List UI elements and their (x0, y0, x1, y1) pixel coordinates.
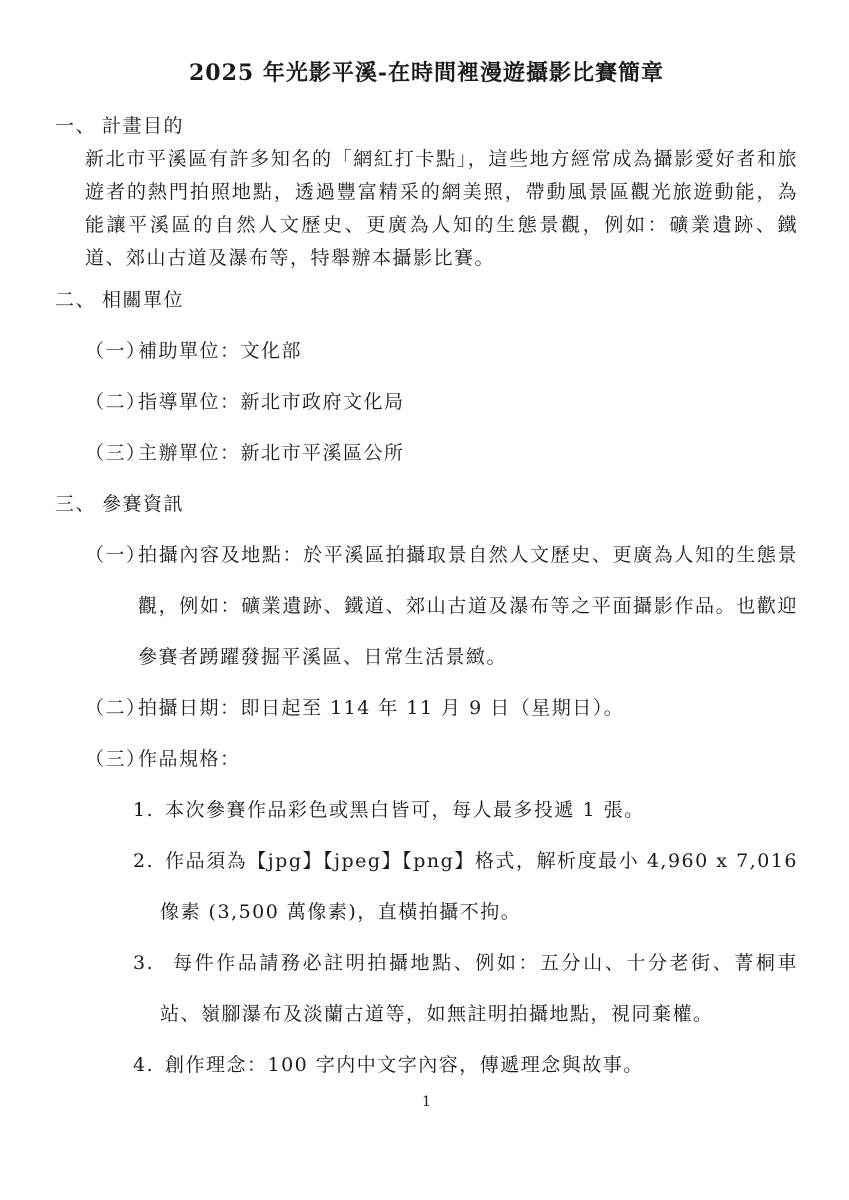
spec-item-location: 3.每件作品請務必註明拍攝地點、例如：五分山、十分老街、菁桐車站、嶺腳瀑布及淡蘭… (133, 938, 798, 1040)
section-3-title: 參賽資訊 (102, 493, 184, 515)
list-item-shooting-content: （一）拍攝內容及地點：於平溪區拍攝取景自然人文歷史、更廣為人知的生態景觀，例如：… (85, 530, 798, 683)
list-item-number: （三） (85, 428, 138, 479)
list-item-guidance-unit: （二）指導單位：新北市政府文化局 (85, 377, 798, 428)
section-1-heading: 一、計畫目的 (55, 110, 798, 143)
spec-item-text: 創作理念：100 字内中文字內容，傳遞理念與故事。 (165, 1054, 644, 1076)
section-2-title: 相關單位 (102, 289, 184, 311)
spec-item-number: 1. (133, 785, 165, 836)
document-title: 2025 年光影平溪-在時間裡漫遊攝影比賽簡章 (55, 56, 798, 90)
list-item-work-specs: （三）作品規格： (85, 734, 798, 785)
list-item-text: 拍攝日期：即日起至 114 年 11 月 9 日（星期日）。 (138, 697, 624, 719)
page-number: 1 (55, 1093, 798, 1111)
spec-item-color: 1.本次參賽作品彩色或黑白皆可，每人最多投遞 1 張。 (133, 785, 798, 836)
section-1-number: 一、 (55, 110, 102, 143)
list-item-number: （二） (85, 377, 138, 428)
list-item-text: 主辦單位：新北市平溪區公所 (138, 442, 405, 464)
section-2-heading: 二、相關單位 (55, 275, 798, 326)
spec-item-text: 每件作品請務必註明拍攝地點、例如：五分山、十分老街、菁桐車站、嶺腳瀑布及淡蘭古道… (160, 952, 798, 1025)
spec-item-number: 2. (133, 836, 165, 887)
spec-item-text: 本次參賽作品彩色或黑白皆可，每人最多投遞 1 張。 (165, 799, 645, 821)
list-item-organizer-unit: （三）主辦單位：新北市平溪區公所 (85, 428, 798, 479)
list-item-number: （一） (85, 530, 138, 581)
section-3-number: 三、 (55, 479, 102, 530)
section-1-title: 計畫目的 (102, 115, 184, 137)
list-item-number: （二） (85, 683, 138, 734)
list-item-number: （三） (85, 734, 138, 785)
list-item-text: 拍攝內容及地點：於平溪區拍攝取景自然人文歷史、更廣為人知的生態景觀，例如：礦業遺… (138, 544, 798, 668)
section-3-heading: 三、參賽資訊 (55, 479, 798, 530)
document-page: 2025 年光影平溪-在時間裡漫遊攝影比賽簡章 一、計畫目的 新北市平溪區有許多… (0, 0, 849, 1200)
spec-item-number: 3. (133, 938, 172, 989)
list-item-text: 作品規格： (138, 748, 241, 770)
section-1-paragraph: 新北市平溪區有許多知名的「網紅打卡點」，這些地方經常成為攝影愛好者和旅遊者的熱門… (85, 143, 798, 275)
spec-item-number: 4. (133, 1040, 165, 1091)
list-item-shooting-date: （二）拍攝日期：即日起至 114 年 11 月 9 日（星期日）。 (85, 683, 798, 734)
spec-item-format: 2.作品須為【jpg】【jpeg】【png】格式，解析度最小 4,960 x 7… (133, 836, 798, 938)
spec-item-text: 作品須為【jpg】【jpeg】【png】格式，解析度最小 4,960 x 7,0… (160, 850, 798, 923)
list-item-text: 指導單位：新北市政府文化局 (138, 391, 405, 413)
list-item-subsidy-unit: （一）補助單位：文化部 (85, 326, 798, 377)
list-item-text: 補助單位：文化部 (138, 340, 302, 362)
section-2-number: 二、 (55, 275, 102, 326)
list-item-number: （一） (85, 326, 138, 377)
spec-item-concept: 4.創作理念：100 字内中文字內容，傳遞理念與故事。 (133, 1040, 798, 1091)
